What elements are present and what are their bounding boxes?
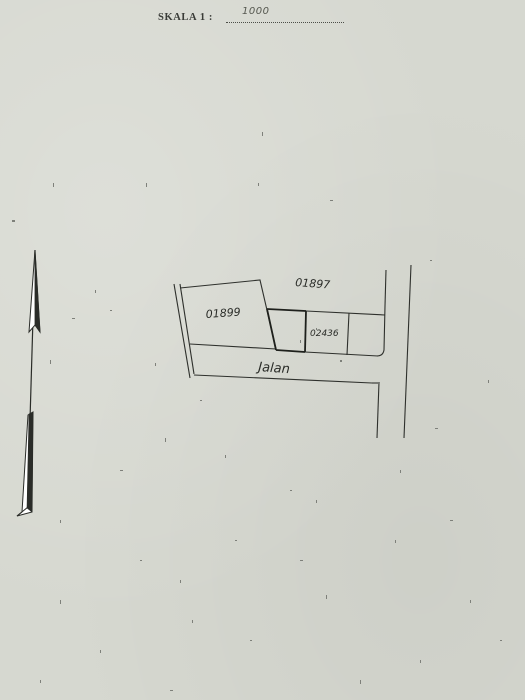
parcel-map: 01899 01897 02436 Jalan [0, 0, 525, 700]
road-label-jalan: Jalan [255, 360, 291, 377]
parcel-label-02436: 02436 [310, 329, 339, 339]
map-page: SKALA 1 : 1000 [0, 0, 525, 700]
parcel-small-bold [267, 309, 306, 352]
road-boundary-left [174, 284, 194, 378]
north-arrow-icon [17, 250, 40, 516]
parcel-label-01899: 01899 [205, 306, 241, 321]
paper-specks [12, 132, 502, 700]
parcel-label-01897: 01897 [295, 276, 331, 291]
